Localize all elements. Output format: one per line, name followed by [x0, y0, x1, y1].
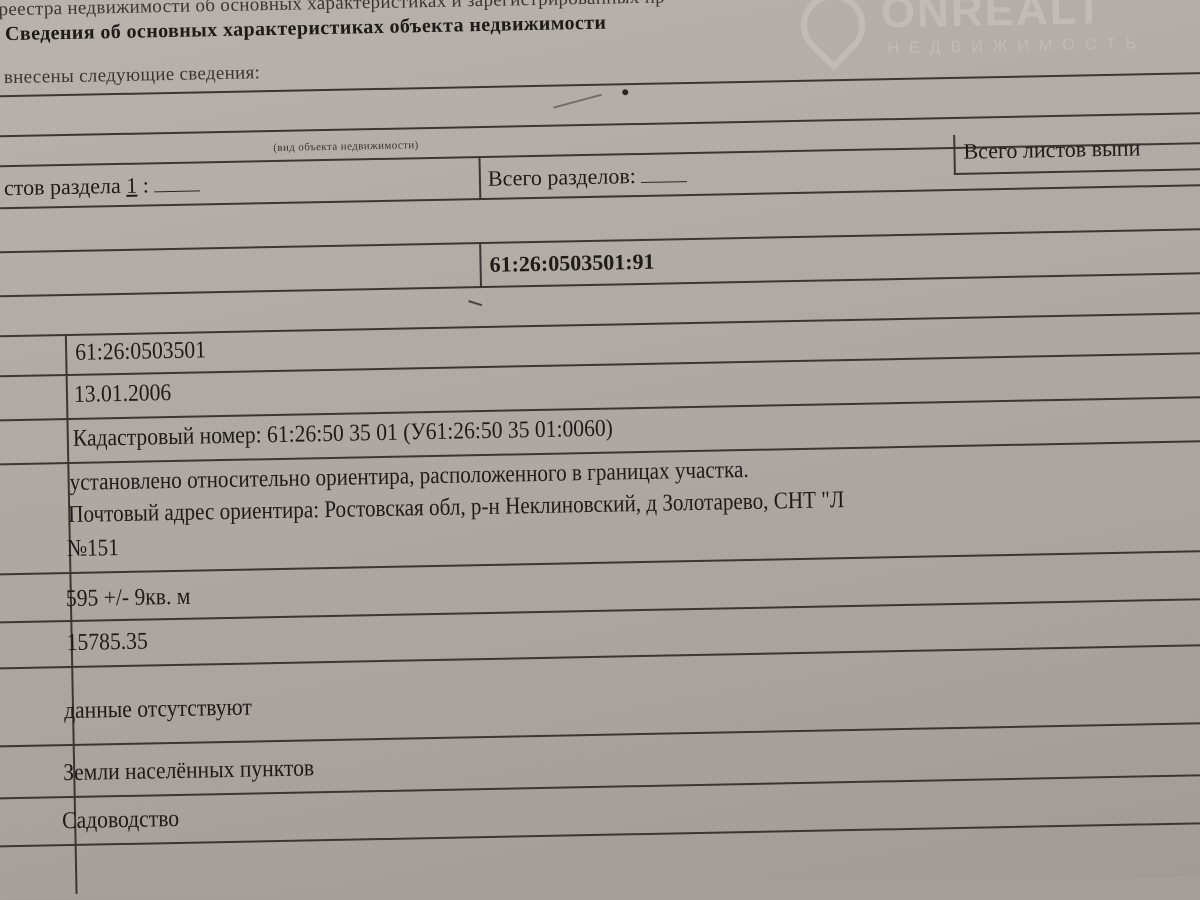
table-row-divider: [0, 549, 1200, 576]
cadastral-quarter: 61:26:0503501: [75, 337, 206, 367]
ink-dot: [622, 89, 628, 95]
total-sections-field: Всего разделов:: [488, 162, 688, 192]
total-sheets-label: Всего листов выпи: [963, 135, 1140, 164]
divider: [0, 111, 1200, 138]
cadastral-value: 15785.35: [66, 629, 148, 658]
watermark-tagline: НЕДВИЖИМОСТЬ: [887, 35, 1146, 58]
land-category: Земли населённых пунктов: [63, 755, 314, 787]
section-number: 1: [126, 173, 137, 198]
section-sheets-field: стов раздела 1 :: [4, 171, 201, 201]
total-sections-label: Всего разделов:: [488, 163, 636, 191]
registration-date: 13.01.2006: [74, 380, 172, 409]
missing-data-note: данные отсутствуют: [64, 695, 252, 726]
cadastral-number: 61:26:0503501:91: [489, 249, 654, 278]
permitted-use: Садоводство: [62, 806, 179, 835]
divider: [954, 167, 1200, 175]
section-sheets-label: стов раздела: [4, 173, 121, 200]
ink-mark: [553, 94, 602, 109]
location-line-3: №151: [67, 535, 119, 563]
divider: [0, 311, 1200, 338]
object-type-caption: (вид объекта недвижимости): [273, 139, 419, 154]
table-row-divider: [0, 643, 1200, 670]
ink-mark: [468, 300, 482, 306]
previous-cadastral-number: Кадастровый номер: 61:26:50 35 01 (У61:2…: [73, 416, 614, 453]
watermark-brand: ONREALT: [880, 0, 1104, 38]
total-sections-blank: [641, 163, 687, 183]
section-sheets-blank: [154, 172, 200, 192]
area: 595 +/- 9кв. м: [66, 584, 191, 613]
intro-line: внесены следующие сведения:: [4, 62, 261, 89]
table-row-divider: [0, 821, 1200, 848]
cell-border: [953, 135, 956, 175]
cell-border: [479, 242, 482, 288]
house-pin-icon: [788, 0, 878, 70]
colon: :: [142, 172, 149, 197]
cell-border: [478, 156, 481, 200]
table-row-divider: [0, 721, 1200, 748]
document-page: ONREALT НЕДВИЖИМОСТЬ реестра недвижимост…: [0, 0, 1200, 850]
